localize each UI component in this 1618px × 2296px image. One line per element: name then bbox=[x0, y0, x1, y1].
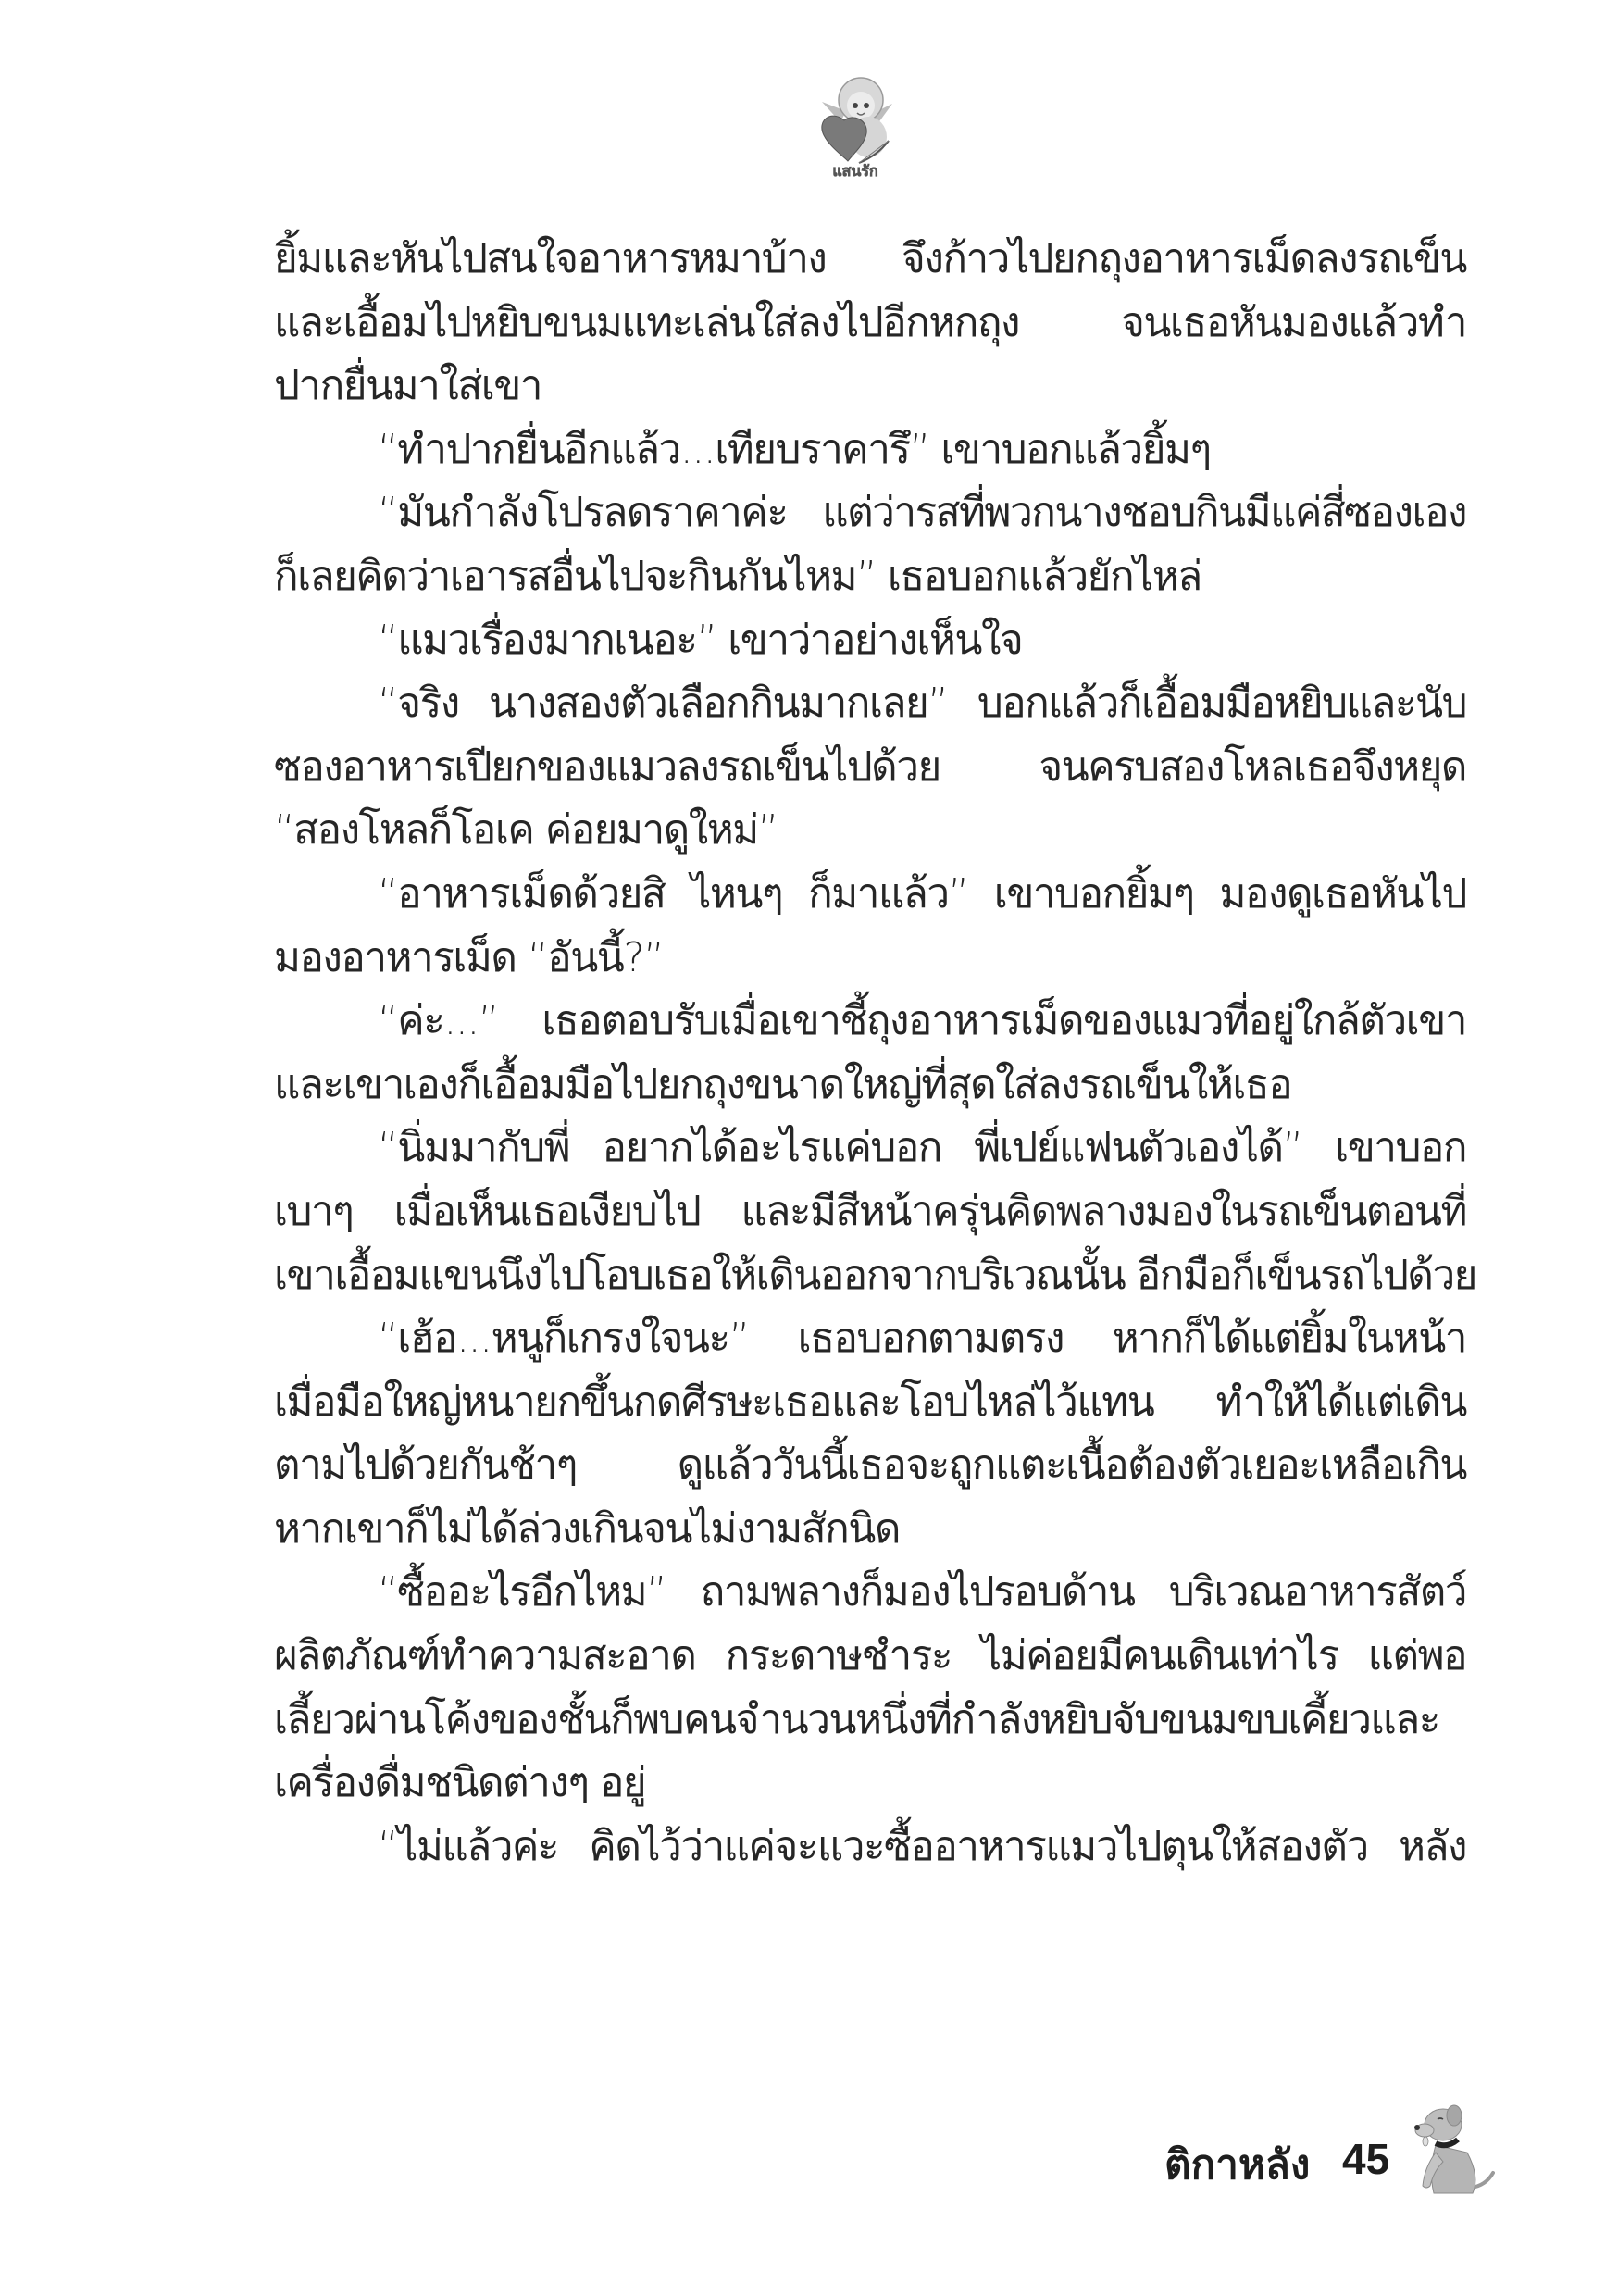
text-line: หากเขาก็ไม่ได้ล่วงเกินจนไม่งามสักนิด bbox=[274, 1498, 1466, 1562]
text-line: “มันกำลังโปรลดราคาค่ะ แต่ว่ารสที่พวกนางช… bbox=[274, 481, 1466, 545]
text-line: ซองอาหารเปียกของแมวลงรถเข็นไปด้วย จนครบส… bbox=[274, 736, 1466, 800]
text-line: เลี้ยวผ่านโค้งของชั้นก็พบคนจำนวนหนึ่งที่… bbox=[274, 1689, 1466, 1753]
text-line: “ทำปากยื่นอีกแล้ว...เทียบราคารึ” เขาบอกแ… bbox=[274, 418, 1466, 482]
text-line: เครื่องดื่มชนิดต่างๆ อยู่ bbox=[274, 1752, 1466, 1816]
text-line: “นิ่มมากับพี่ อยากได้อะไรแค่บอก พี่เปย์แ… bbox=[274, 1117, 1466, 1180]
cupid-with-heart-icon: แสนรัก bbox=[803, 67, 907, 180]
text-line: “จริง นางสองตัวเลือกกินมากเลย” บอกแล้วก็… bbox=[274, 672, 1466, 736]
text-line: ก็เลยคิดว่าเอารสอื่นไปจะกินกันไหม” เธอบอ… bbox=[274, 545, 1466, 609]
text-line: ปากยื่นมาใส่เขา bbox=[274, 355, 1466, 418]
body-text: ยิ้มและหันไปสนใจอาหารหมาบ้าง จึงก้าวไปยก… bbox=[274, 228, 1466, 1878]
book-page: แสนรัก ยิ้มและหันไปสนใจอาหารหมาบ้าง จึงก… bbox=[0, 0, 1618, 2296]
text-line: “เฮ้อ...หนูก็เกรงใจนะ” เธอบอกตามตรง หากก… bbox=[274, 1307, 1466, 1371]
sitting-dog-icon bbox=[1412, 2097, 1495, 2199]
page-number: 45 bbox=[1342, 2134, 1389, 2184]
text-line: และเอื้อมไปหยิบขนมแทะเล่นใส่ลงไปอีกหกถุง… bbox=[274, 292, 1466, 356]
book-title: ติกาหลัง bbox=[1164, 2132, 1310, 2197]
text-line: “สองโหลก็โอเค ค่อยมาดูใหม่” bbox=[274, 799, 1466, 863]
text-line: “ค่ะ...” เธอตอบรับเมื่อเขาชี้ถุงอาหารเม็… bbox=[274, 990, 1466, 1054]
text-line: เขาเอื้อมแขนนึงไปโอบเธอให้เดินออกจากบริเ… bbox=[274, 1244, 1466, 1308]
page-footer: ติกาหลัง 45 bbox=[1111, 2097, 1500, 2199]
logo-text: แสนรัก bbox=[832, 162, 877, 180]
text-line: เบาๆ เมื่อเห็นเธอเงียบไป และมีสีหน้าครุ่… bbox=[274, 1180, 1466, 1244]
text-line: มองอาหารเม็ด “อันนี้?” bbox=[274, 927, 1466, 991]
text-line: “ซื้ออะไรอีกไหม” ถามพลางก็มองไปรอบด้าน บ… bbox=[274, 1561, 1466, 1625]
text-line: เมื่อมือใหญ่หนายกขึ้นกดศีรษะเธอและโอบไหล… bbox=[274, 1371, 1466, 1435]
text-line: “แมวเรื่องมากเนอะ” เขาว่าอย่างเห็นใจ bbox=[274, 609, 1466, 673]
text-line: ผลิตภัณฑ์ทำความสะอาด กระดาษชำระ ไม่ค่อยม… bbox=[274, 1625, 1466, 1689]
text-line: ยิ้มและหันไปสนใจอาหารหมาบ้าง จึงก้าวไปยก… bbox=[274, 228, 1466, 292]
text-line: และเขาเองก็เอื้อมมือไปยกถุงขนาดใหญ่ที่สุ… bbox=[274, 1054, 1466, 1117]
text-line: “อาหารเม็ดด้วยสิ ไหนๆ ก็มาแล้ว” เขาบอกยิ… bbox=[274, 863, 1466, 927]
text-line: ตามไปด้วยกันช้าๆ ดูแล้ววันนี้เธอจะถูกแตะ… bbox=[274, 1434, 1466, 1498]
text-line: “ไม่แล้วค่ะ คิดไว้ว่าแค่จะแวะซื้ออาหารแม… bbox=[274, 1816, 1466, 1879]
